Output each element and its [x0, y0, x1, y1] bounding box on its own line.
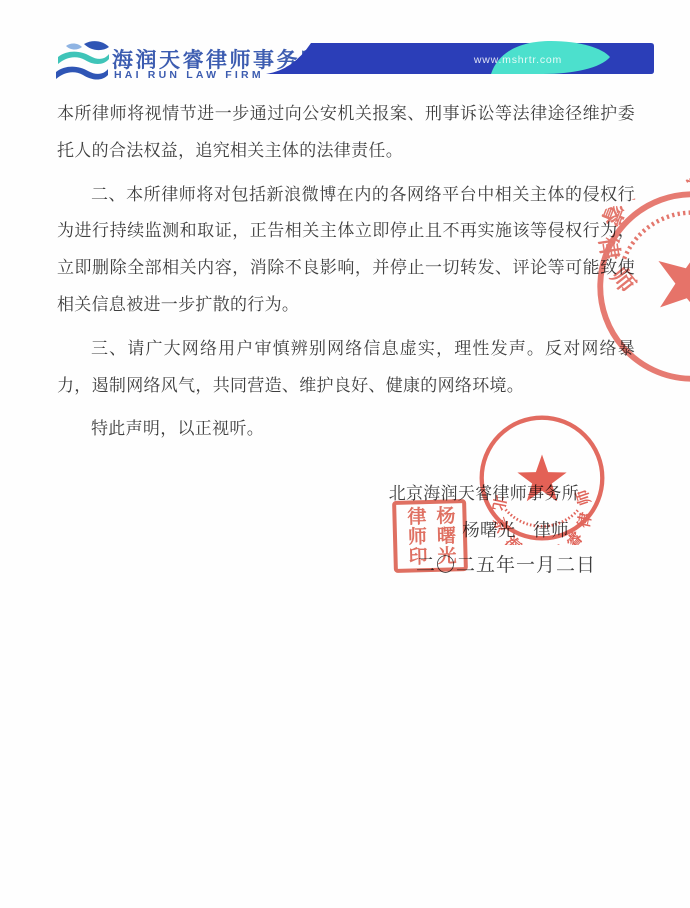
signature-date: 二〇二五年一月二日 [57, 548, 635, 584]
signature-block: 北京海润天睿律师事务所 杨曙光 律师 二〇二五年一月二日 [57, 476, 635, 584]
law-firm-statement-page: 海润天睿律师事务所 HAI RUN LAW FIRM www.mshrtr.co… [0, 0, 690, 908]
signature-lawyer: 杨曙光 律师 [57, 512, 635, 548]
paragraph-item-2: 二、本所律师将对包括新浪微博在内的各网络平台中相关主体的侵权行为进行持续监测和取… [57, 177, 635, 324]
paragraph-closing: 特此声明，以正视听。 [57, 411, 635, 448]
firm-logo-icon [54, 39, 110, 85]
firm-name-en: HAI RUN LAW FIRM [114, 69, 264, 81]
paragraph-continuation: 本所律师将视情节进一步通过向公安机关报案、刑事诉讼等法律途径维护委托人的合法权益… [57, 96, 635, 170]
statement-body: 本所律师将视情节进一步通过向公安机关报案、刑事诉讼等法律途径维护委托人的合法权益… [57, 96, 635, 584]
signature-firm-name: 北京海润天睿律师事务所 [57, 476, 635, 512]
star-icon [645, 240, 690, 333]
letterhead: 海润天睿律师事务所 HAI RUN LAW FIRM www.mshrtr.co… [0, 0, 690, 92]
paragraph-item-3: 三、请广大网络用户审慎辨别网络信息虚实，理性发声。反对网络暴力，遏制网络风气，共… [57, 331, 635, 405]
website-text: www.mshrtr.com [473, 54, 562, 66]
header-banner: www.mshrtr.com [253, 40, 657, 77]
